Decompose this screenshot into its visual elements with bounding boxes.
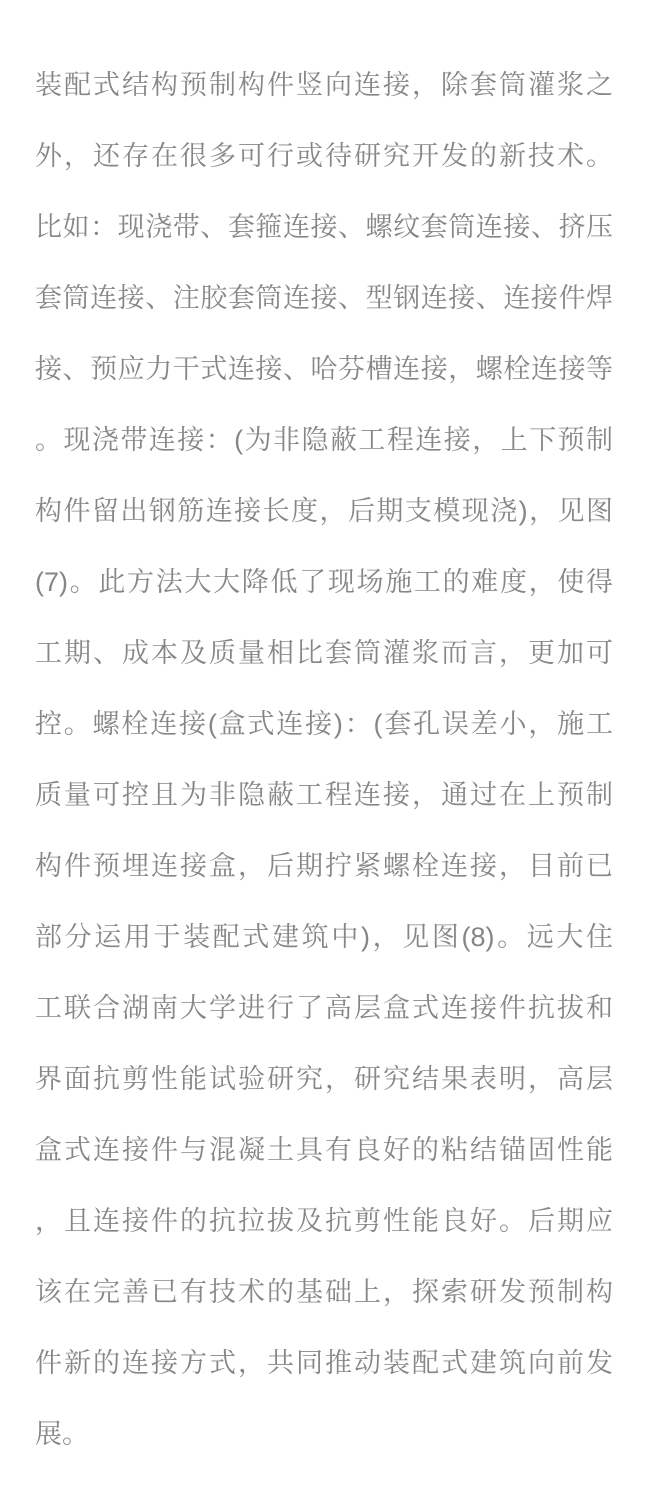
text-line: (7)。此方法大大降低了现场施工的难度，使得 <box>35 547 613 618</box>
text-line: 构件预埋连接盒，后期拧紧螺栓连接，目前已 <box>35 831 613 902</box>
text-line: 质量可控且为非隐蔽工程连接，通过在上预制 <box>35 760 613 831</box>
text-line: 装配式结构预制构件竖向连接，除套筒灌浆之 <box>35 50 613 121</box>
text-line: 该在完善已有技术的基础上，探索研发预制构 <box>35 1257 613 1328</box>
text-line: 构件留出钢筋连接长度，后期支模现浇)，见图 <box>35 476 613 547</box>
text-line: 控。螺栓连接(盒式连接)：(套孔误差小，施工 <box>35 689 613 760</box>
text-line: 接、预应力干式连接、哈芬槽连接，螺栓连接等 <box>35 334 613 405</box>
text-line: 套筒连接、注胶套筒连接、型钢连接、连接件焊 <box>35 263 613 334</box>
text-line: ，且连接件的抗拉拔及抗剪性能良好。后期应 <box>35 1186 613 1257</box>
text-line: 。现浇带连接：(为非隐蔽工程连接，上下预制 <box>35 405 613 476</box>
article-page: 装配式结构预制构件竖向连接，除套筒灌浆之外，还存在很多可行或待研究开发的新技术。… <box>0 0 650 1502</box>
text-line: 件新的连接方式，共同推动装配式建筑向前发 <box>35 1328 613 1399</box>
text-line: 展。 <box>35 1399 613 1470</box>
article-text-block: 装配式结构预制构件竖向连接，除套筒灌浆之外，还存在很多可行或待研究开发的新技术。… <box>35 50 613 1470</box>
text-line: 外，还存在很多可行或待研究开发的新技术。 <box>35 121 613 192</box>
text-line: 比如：现浇带、套箍连接、螺纹套筒连接、挤压 <box>35 192 613 263</box>
text-line: 部分运用于装配式建筑中)，见图(8)。远大住 <box>35 902 613 973</box>
text-line: 工联合湖南大学进行了高层盒式连接件抗拔和 <box>35 973 613 1044</box>
text-line: 工期、成本及质量相比套筒灌浆而言，更加可 <box>35 618 613 689</box>
text-line: 盒式连接件与混凝土具有良好的粘结锚固性能 <box>35 1115 613 1186</box>
text-line: 界面抗剪性能试验研究，研究结果表明，高层 <box>35 1044 613 1115</box>
